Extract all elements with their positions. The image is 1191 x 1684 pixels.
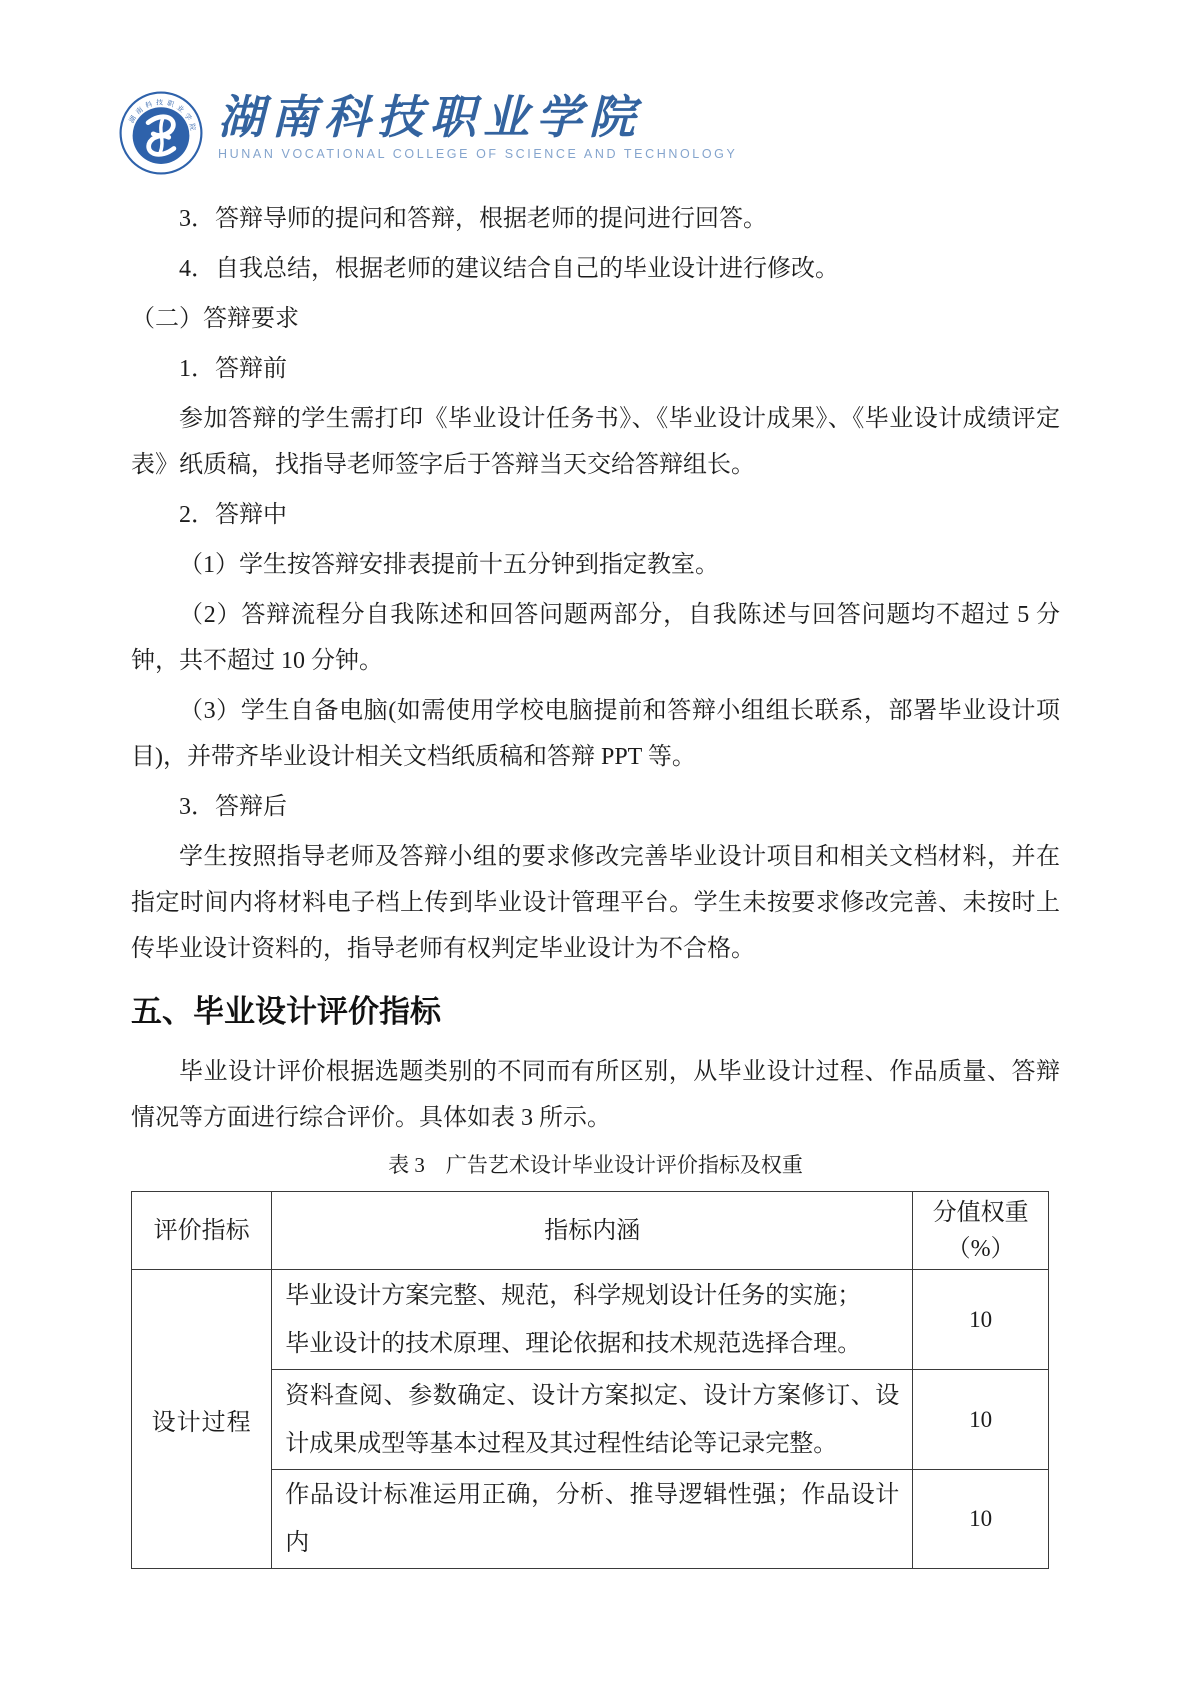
paragraph: （2）答辩流程分自我陈述和回答问题两部分，自我陈述与回答问题均不超过 5 分钟，…: [131, 592, 1060, 684]
paragraph: 3．答辩后: [131, 784, 1060, 830]
college-logo: 湖南科技职业学院 湖南科技职业学院 HUNAN VOCATIONAL COLLE…: [118, 90, 737, 176]
paragraph: 毕业设计评价根据选题类别的不同而有所区别，从毕业设计过程、作品质量、答辩情况等方…: [131, 1049, 1060, 1141]
weight-cell: 10: [913, 1270, 1049, 1370]
table-header-row: 评价指标指标内涵分值权重 （%）: [132, 1192, 1049, 1270]
table-header-cell: 指标内涵: [272, 1192, 913, 1270]
paragraph: （二）答辩要求: [131, 296, 1060, 342]
table-header-cell: 分值权重 （%）: [913, 1192, 1049, 1270]
paragraph: 1．答辩前: [131, 346, 1060, 392]
paragraph: （1）学生按答辩安排表提前十五分钟到指定教室。: [131, 542, 1060, 588]
indicator-content-cell: 毕业设计方案完整、规范，科学规划设计任务的实施； 毕业设计的技术原理、理论依据和…: [272, 1270, 913, 1370]
document-content: 3．答辩导师的提问和答辩，根据老师的提问进行回答。4．自我总结，根据老师的建议结…: [131, 196, 1060, 1569]
weight-cell: 10: [913, 1370, 1049, 1470]
section-heading: 五、毕业设计评价指标: [131, 988, 1060, 1036]
college-emblem-icon: 湖南科技职业学院: [118, 90, 204, 176]
table-caption: 表 3 广告艺术设计毕业设计评价指标及权重: [131, 1149, 1060, 1181]
row-group-cell: 设计过程: [132, 1270, 272, 1569]
table-header-cell: 评价指标: [132, 1192, 272, 1270]
college-name-english: HUNAN VOCATIONAL COLLEGE OF SCIENCE AND …: [218, 147, 737, 161]
paragraph: 2．答辩中: [131, 492, 1060, 538]
paragraph: 参加答辩的学生需打印《毕业设计任务书》、《毕业设计成果》、《毕业设计成绩评定表》…: [131, 396, 1060, 488]
evaluation-table: 评价指标指标内涵分值权重 （%）设计过程毕业设计方案完整、规范，科学规划设计任务…: [131, 1191, 1049, 1569]
indicator-content-cell: 资料查阅、参数确定、设计方案拟定、设计方案修订、设计成果成型等基本过程及其过程性…: [272, 1370, 913, 1470]
college-logotype: 湖南科技职业学院 HUNAN VOCATIONAL COLLEGE OF SCI…: [218, 90, 737, 161]
college-name-chinese: 湖南科技职业学院: [218, 92, 737, 144]
weight-cell: 10: [913, 1470, 1049, 1569]
paragraph: 3．答辩导师的提问和答辩，根据老师的提问进行回答。: [131, 196, 1060, 242]
text-blocks: 3．答辩导师的提问和答辩，根据老师的提问进行回答。4．自我总结，根据老师的建议结…: [131, 196, 1060, 1181]
paragraph: （3）学生自备电脑(如需使用学校电脑提前和答辩小组组长联系，部署毕业设计项目)，…: [131, 688, 1060, 780]
paragraph: 4．自我总结，根据老师的建议结合自己的毕业设计进行修改。: [131, 246, 1060, 292]
document-page: 湖南科技职业学院 湖南科技职业学院 HUNAN VOCATIONAL COLLE…: [0, 0, 1191, 1684]
table-row: 设计过程毕业设计方案完整、规范，科学规划设计任务的实施； 毕业设计的技术原理、理…: [132, 1270, 1049, 1370]
indicator-content-cell: 作品设计标准运用正确，分析、推导逻辑性强；作品设计内: [272, 1470, 913, 1569]
paragraph: 学生按照指导老师及答辩小组的要求修改完善毕业设计项目和相关文档材料，并在指定时间…: [131, 834, 1060, 972]
